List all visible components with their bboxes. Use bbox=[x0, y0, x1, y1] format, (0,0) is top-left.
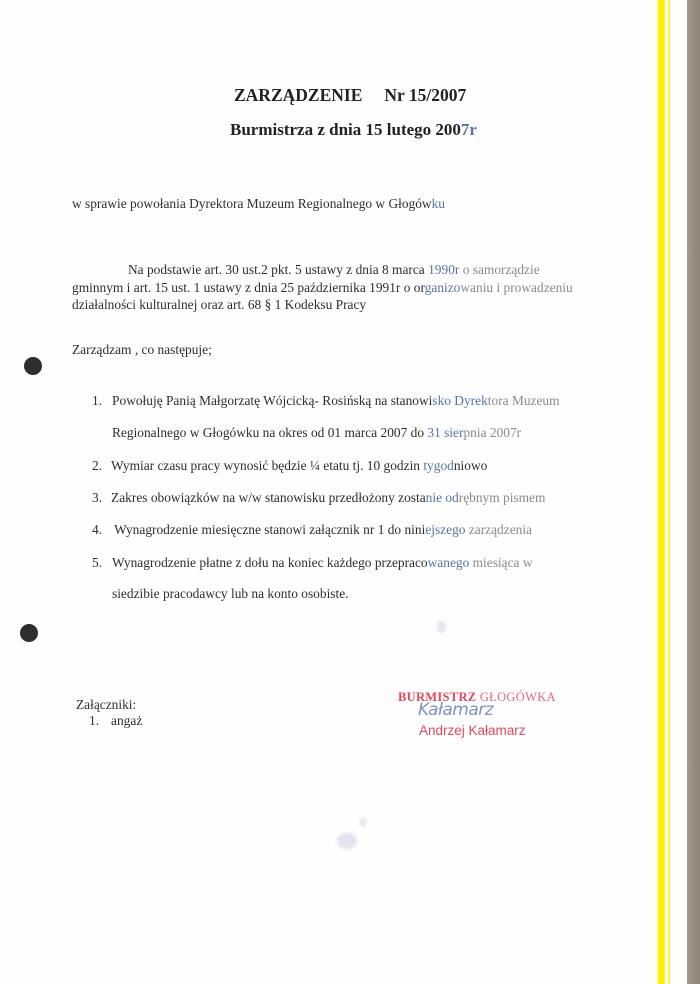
document-title: ZARZĄDZENIE bbox=[234, 85, 362, 105]
official-stamp-name: Andrzej Kałamarz bbox=[419, 723, 526, 738]
list-item-number: 2. bbox=[92, 458, 102, 473]
scanner-yellow-line bbox=[668, 0, 670, 984]
list-item-1-continued: Regionalnego w Głogówku na okres od 01 m… bbox=[112, 425, 521, 441]
list-item-number: 4. bbox=[92, 522, 102, 537]
list-item-5: 5.Wynagrodzenie płatne z dołu na koniec … bbox=[92, 555, 533, 571]
list-item-3: 3.Zakres obowiązków na w/w stanowisku pr… bbox=[92, 490, 545, 506]
document-subtitle: Burmistrza z dnia 15 lutego 2007r bbox=[230, 120, 477, 140]
decree-intro: Zarządzam , co następuje; bbox=[72, 342, 212, 358]
scan-smudge bbox=[337, 833, 357, 849]
list-item-1: 1.Powołuję Panią Małgorzatę Wójcicką- Ro… bbox=[92, 393, 560, 409]
legal-basis-line-1: Na podstawie art. 30 ust.2 pkt. 5 ustawy… bbox=[128, 262, 540, 278]
list-item-4: 4. Wynagrodzenie miesięczne stanowi załą… bbox=[92, 522, 532, 538]
scan-smudge bbox=[437, 621, 446, 633]
attachments-label: Załączniki: bbox=[76, 697, 136, 713]
list-item-number: 3. bbox=[92, 490, 102, 505]
legal-basis-line-3: działalności kulturalnej oraz art. 68 § … bbox=[72, 297, 366, 313]
list-item-number: 1. bbox=[92, 393, 102, 408]
document-title-line: ZARZĄDZENIENr 15/2007 bbox=[234, 85, 466, 106]
scanner-yellow-stripe bbox=[657, 0, 666, 984]
list-item-2: 2.Wymiar czasu pracy wynosić będzie ¼ et… bbox=[92, 458, 487, 474]
scan-smudge bbox=[360, 818, 366, 827]
punch-hole-icon bbox=[20, 624, 38, 642]
attachment-item: 1.angaż bbox=[89, 713, 142, 729]
document-number: Nr 15/2007 bbox=[384, 85, 466, 105]
punch-hole-icon bbox=[24, 357, 42, 375]
list-item-5-continued: siedzibie pracodawcy lub na konto osobis… bbox=[112, 586, 349, 602]
handwritten-signature: Kałamarz bbox=[418, 700, 493, 720]
scanner-bed-edge bbox=[687, 0, 700, 984]
legal-basis-line-2: gminnym i art. 15 ust. 1 ustawy z dnia 2… bbox=[72, 280, 573, 296]
list-item-number: 5. bbox=[92, 555, 102, 570]
document-subject: w sprawie powołania Dyrektora Muzeum Reg… bbox=[72, 196, 445, 212]
scanned-page: ZARZĄDZENIENr 15/2007 Burmistrza z dnia … bbox=[0, 0, 656, 984]
